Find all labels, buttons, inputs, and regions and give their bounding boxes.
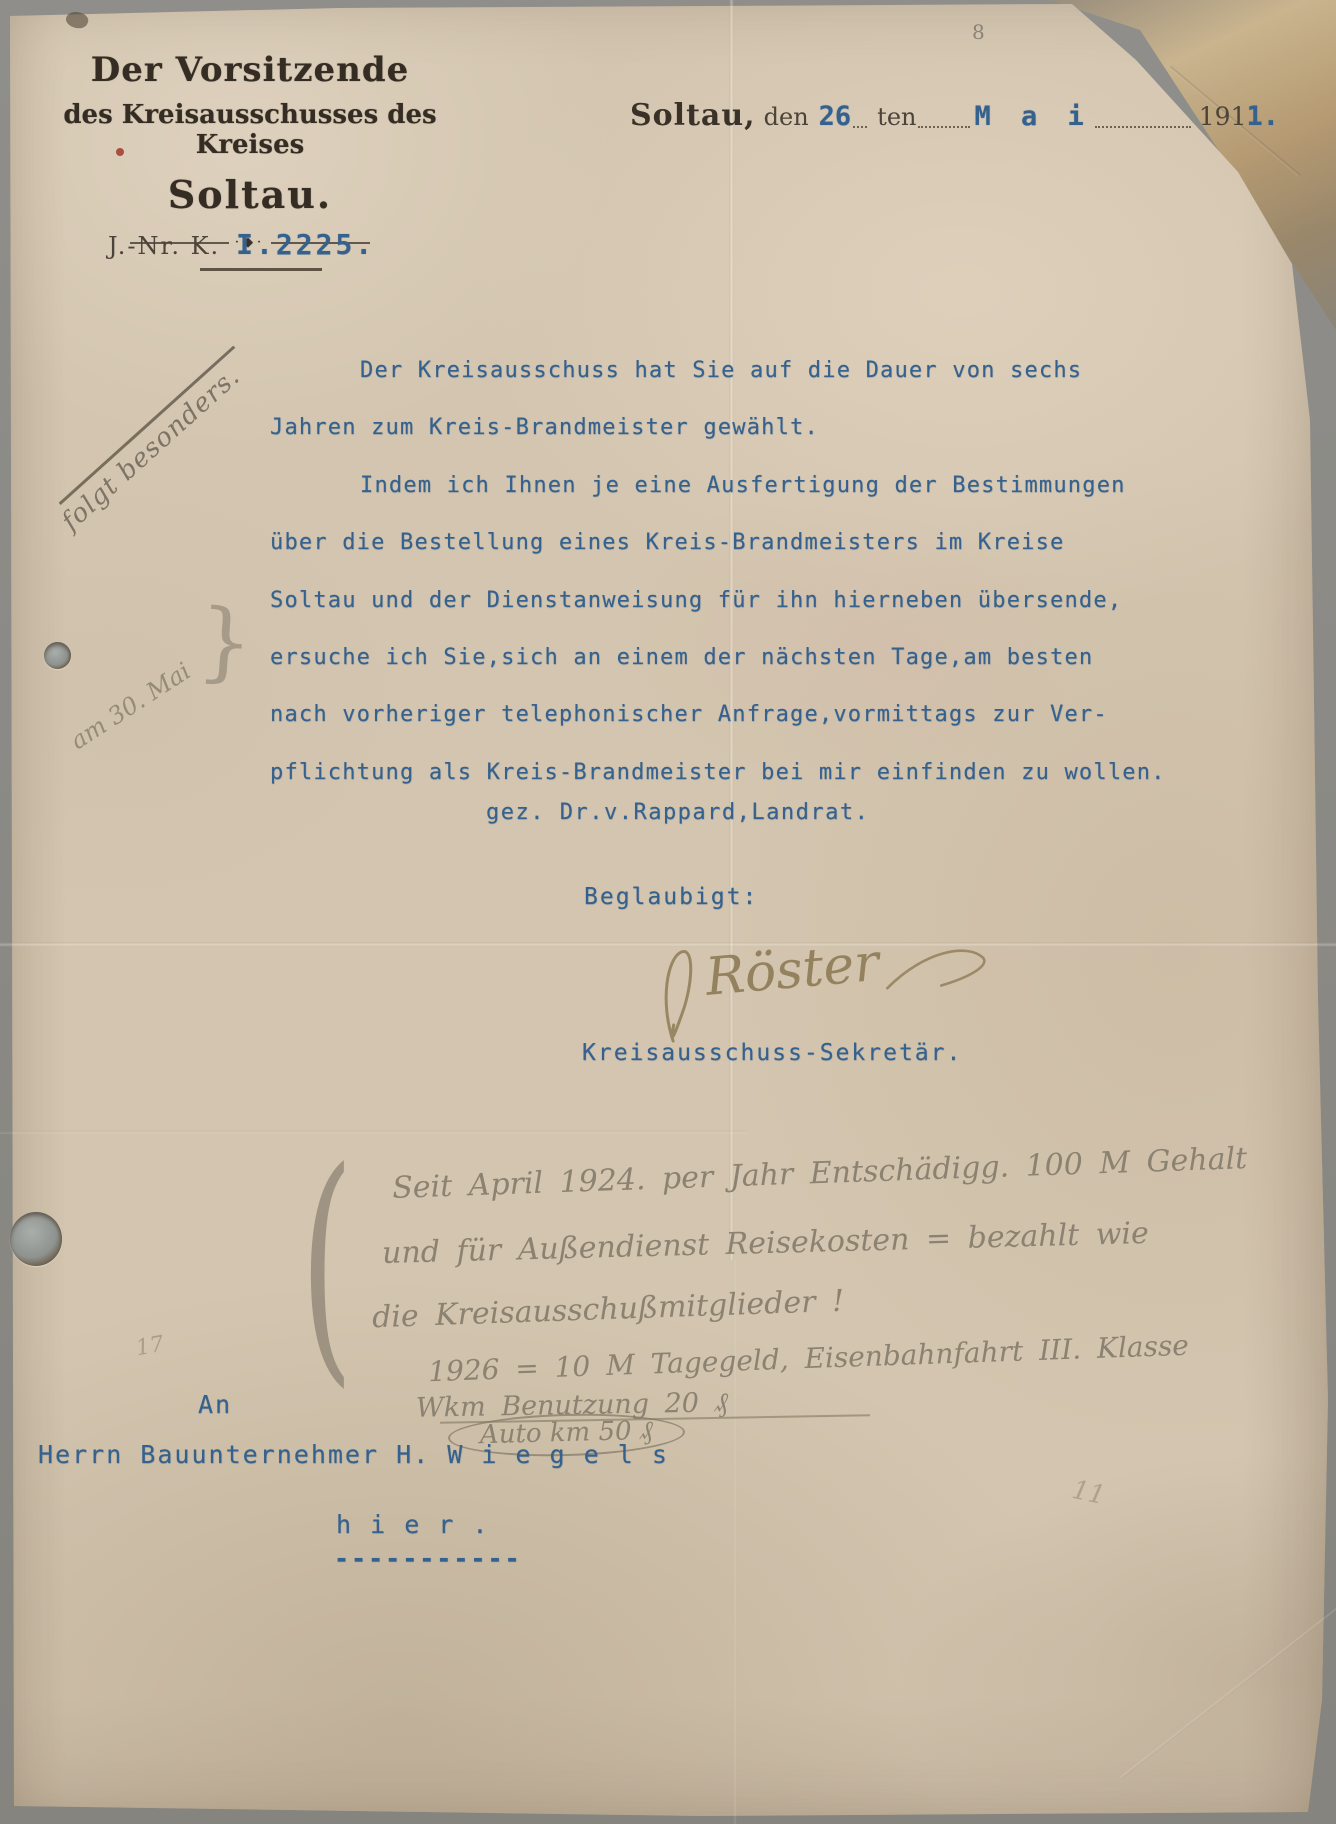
address-hier: h i e r . (336, 1510, 489, 1539)
date-dotted-rule (918, 110, 970, 128)
secretary-title: Kreisausschuss-Sekretär. (582, 1040, 962, 1066)
reference-number: I.2225. (236, 228, 375, 261)
date-month: M a i (974, 101, 1090, 132)
date-dotted-rule (853, 110, 867, 128)
letterhead-line-3: Soltau. (30, 172, 470, 217)
letterhead-line-2: des Kreisausschusses des Kreises (30, 100, 470, 160)
date-dotted-rule (1095, 110, 1191, 128)
pencil-bottom-right-mark: 11 (1069, 1475, 1108, 1511)
punch-hole-upper (44, 642, 71, 669)
letter-body: Der Kreisausschuss hat Sie auf die Dauer… (270, 358, 1142, 817)
reference-number-line: J.-Nr. K. I.2225. (108, 228, 375, 261)
date-ten-label: ten (877, 103, 916, 131)
letterhead: Der Vorsitzende des Kreisausschusses des… (30, 50, 470, 250)
body-line: nach vorheriger telephonischer Anfrage,v… (270, 702, 1142, 759)
letterhead-line-1: Der Vorsitzende (30, 50, 470, 90)
margin-brace: } (195, 590, 257, 694)
signed-by-line: gez. Dr.v.Rappard,Landrat. (486, 800, 869, 825)
reference-underline (200, 268, 322, 271)
address-an-label: An (198, 1390, 232, 1419)
date-day: 26 (819, 101, 852, 132)
pencil-top-mark: 8 (972, 20, 985, 44)
date-place: Soltau, (630, 98, 756, 133)
certified-label: Beglaubigt: (584, 884, 758, 910)
address-dashed-underline: ----------- (334, 1544, 522, 1573)
punch-hole-lower (10, 1212, 62, 1266)
date-den-label: den (764, 103, 809, 131)
date-line: Soltau, den 26 ten M a i 191 1. (630, 98, 1279, 133)
date-year-printed: 191 (1199, 102, 1247, 131)
body-line: Der Kreisausschuss hat Sie auf die Dauer… (270, 358, 1142, 415)
body-line: Soltau und der Dienstanweisung für ihn h… (270, 588, 1142, 645)
letter-paper (0, 0, 1336, 1824)
body-line: ersuche ich Sie,sich an einem der nächst… (270, 645, 1142, 702)
body-line: Indem ich Ihnen je eine Ausfertigung der… (270, 473, 1142, 530)
pencil-parenthesis: ( (300, 1118, 354, 1409)
body-line: über die Bestellung eines Kreis-Brandmei… (270, 530, 1142, 587)
reference-label: J.-Nr. K. (108, 232, 220, 260)
date-year-typed: 1. (1246, 101, 1279, 132)
body-line: Jahren zum Kreis-Brandmeister gewählt. (270, 415, 1142, 472)
address-recipient: Herrn Bauunternehmer H. W i e g e l s (38, 1440, 669, 1469)
photo-of-letter: Der Vorsitzende des Kreisausschusses des… (0, 0, 1336, 1824)
pencil-corner-mark: 17 (134, 1332, 166, 1361)
